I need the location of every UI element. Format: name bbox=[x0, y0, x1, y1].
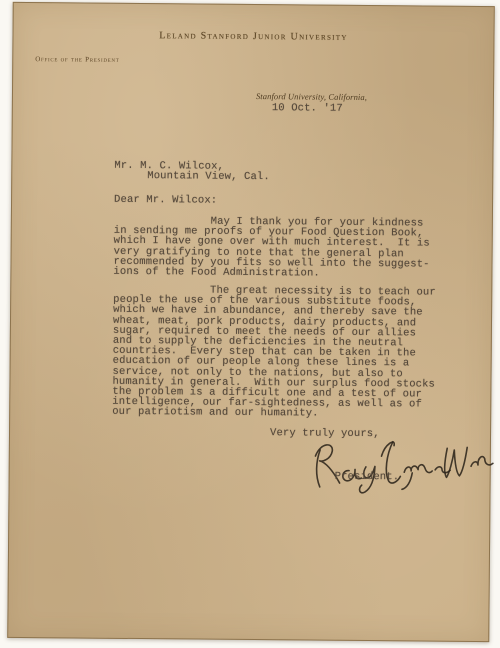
body-paragraph-2: The great necessity is to teach our peop… bbox=[112, 285, 436, 420]
scanned-letter-page: Leland Stanford Junior University Office… bbox=[0, 0, 500, 648]
body-paragraph-1: May I thank you for your kindness in sen… bbox=[113, 216, 430, 280]
letterhead-place-line: Stanford University, California, bbox=[256, 91, 367, 102]
letterhead-office: Office of the President bbox=[35, 55, 119, 64]
letter-paper: Leland Stanford Junior University Office… bbox=[7, 2, 495, 642]
signature-handwriting bbox=[308, 430, 497, 496]
salutation: Dear Mr. Wilcox: bbox=[114, 195, 217, 206]
recipient-address-line: Mountain View, Cal. bbox=[147, 171, 270, 182]
signature-title: President. bbox=[335, 472, 400, 483]
letterhead-university: Leland Stanford Junior University bbox=[13, 29, 493, 44]
letter-date: 10 Oct. '17 bbox=[272, 103, 343, 114]
